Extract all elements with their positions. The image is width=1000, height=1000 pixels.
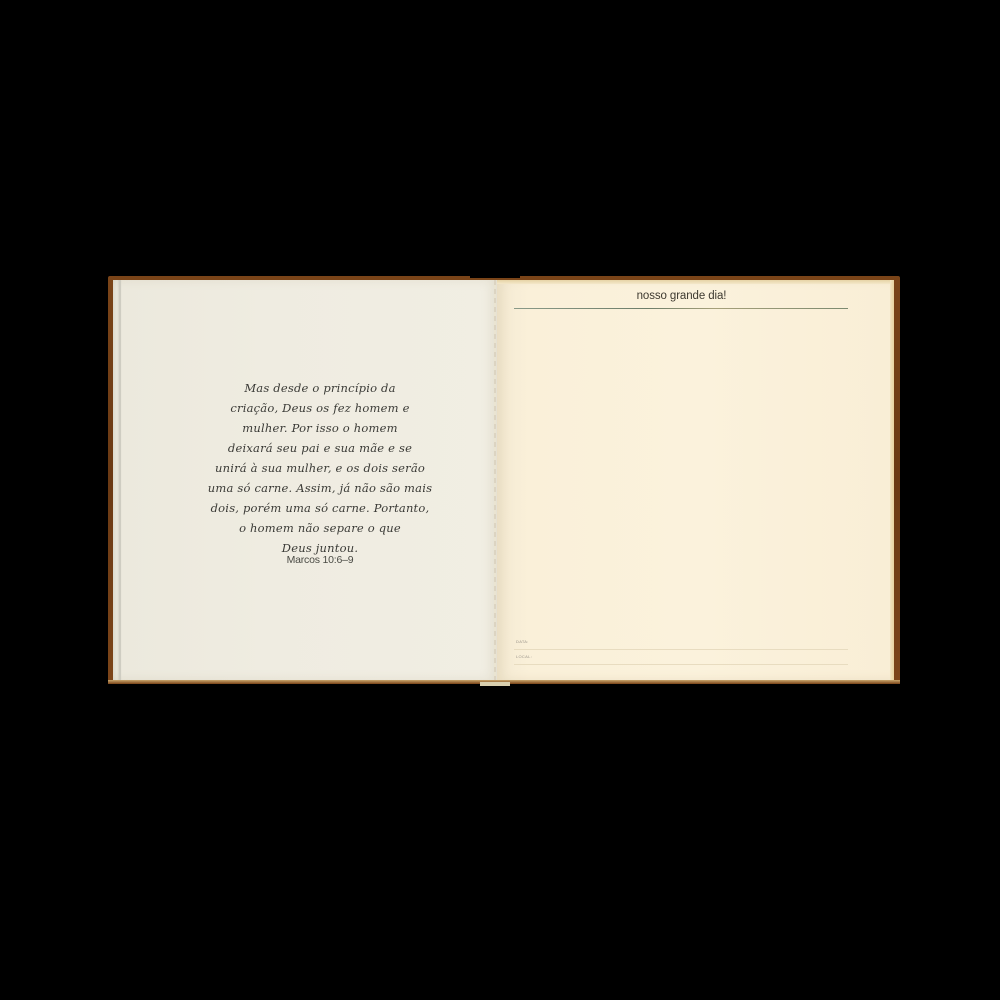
right-page xyxy=(497,280,894,680)
verse-line: criação, Deus os fez homem e xyxy=(205,398,435,418)
spine-top-gap xyxy=(470,270,520,278)
date-field: DATA: xyxy=(514,636,848,650)
verse-line: deixará seu pai e sua mãe e se xyxy=(205,438,435,458)
verse-line: o homem não separe o que xyxy=(205,518,435,538)
verse-line: mulher. Por isso o homem xyxy=(205,418,435,438)
right-page-top-edge xyxy=(497,280,894,284)
verse-line: unirá à sua mulher, e os dois serão xyxy=(205,458,435,478)
date-field-label: DATA: xyxy=(516,639,529,644)
heading-divider xyxy=(514,308,848,309)
verse-line: dois, porém uma só carne. Portanto, xyxy=(205,498,435,518)
page-heading: nosso grande dia! xyxy=(515,290,848,302)
place-field-line xyxy=(514,664,848,665)
verse-line: uma só carne. Assim, já não são mais xyxy=(205,478,435,498)
verse-line: Mas desde o princípio da xyxy=(205,378,435,398)
verse-reference: Marcos 10:6–9 xyxy=(260,554,380,566)
date-field-line xyxy=(514,649,848,650)
photo-scene: Mas desde o princípio da criação, Deus o… xyxy=(0,0,1000,1000)
left-page-edge xyxy=(119,280,121,680)
spine-bottom xyxy=(480,682,510,686)
book-gutter-stitching xyxy=(494,280,496,680)
right-page-stack-edge xyxy=(890,280,894,680)
bible-verse: Mas desde o princípio da criação, Deus o… xyxy=(205,378,435,558)
place-field-label: LOCAL: xyxy=(516,654,532,659)
place-field: LOCAL: xyxy=(514,651,848,665)
